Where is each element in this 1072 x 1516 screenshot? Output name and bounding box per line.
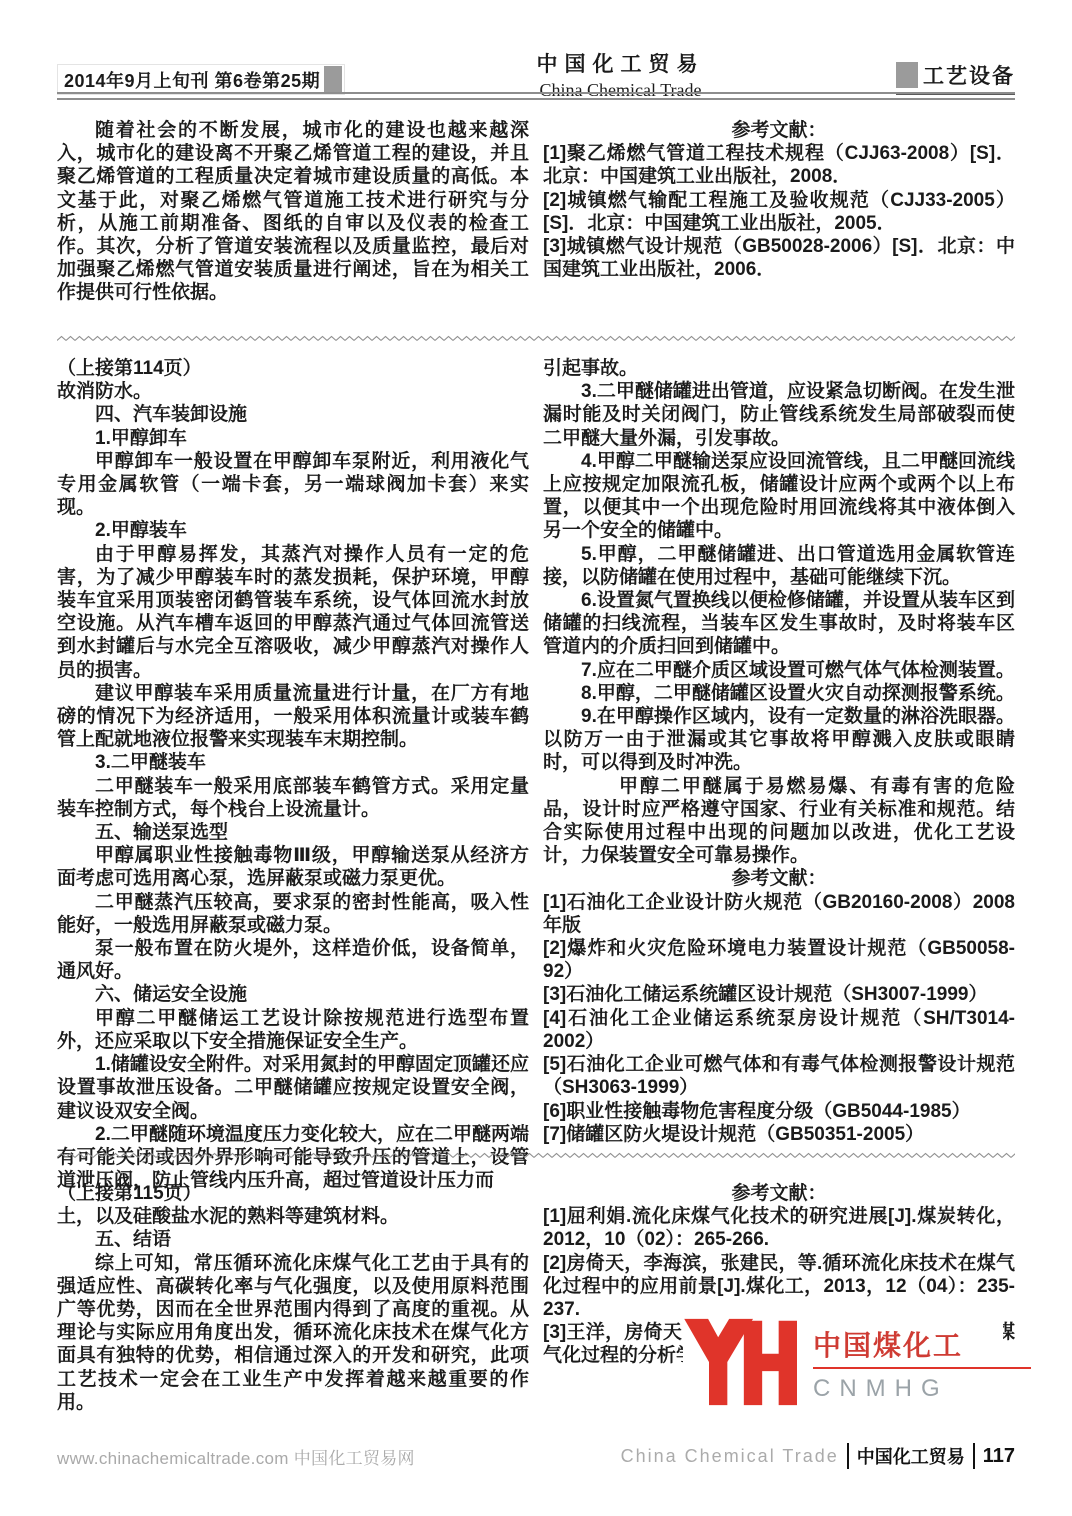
page-header: 2014年9月上旬刊 第6卷第25期 中国化工贸易 China Chemical… [57,42,1015,95]
article-paragraph: 参考文献： [543,1182,1015,1205]
references-list: [1]聚乙烯燃气管道工程技术规程（CJJ63-2008）[S]．北京：中国建筑工… [543,142,1015,281]
article-paragraph: 引起事故。 [543,357,1015,380]
article-paragraph: 甲醇二甲醚属于易燃易爆、有毒有害的危险品，设计时应严格遵守国家、行业有关标准和规… [543,775,1015,868]
article-paragraph: 五、结语 [57,1228,529,1251]
watermark-underline [813,1367,1031,1369]
article-paragraph: 四、汽车装卸设施 [57,403,529,426]
article2-left-column: （上接第114页）故消防水。四、汽车装卸设施1.甲醇卸车甲醇卸车一般设置在甲醇卸… [57,357,529,1192]
section-badge-label: 工艺设备 [923,60,1015,90]
issue-marker-block [324,66,342,93]
article-paragraph: 建议甲醇装车采用质量流量进行计量，在厂方有地磅的情况下为经济适用，一般采用体积流… [57,682,529,752]
article-paragraph: 参考文献： [543,867,1015,890]
article-paragraph: 甲醇属职业性接触毒物Ⅲ级，甲醇输送泵从经济方面考虑可选用离心泵，选屏蔽泵或磁力泵… [57,844,529,890]
article-paragraph: [4]石油化工企业储运系统泵房设计规范（SH/T3014-2002） [543,1007,1015,1053]
article-paragraph: 4.甲醇二甲醚输送泵应设回流管线，且二甲醚回流线上应按规定加限流孔板，储罐设计应… [543,450,1015,543]
article3-left-column: （上接第115页）土，以及硅酸盐水泥的熟料等建筑材料。五、结语综上可知，常压循环… [57,1182,529,1414]
article-paragraph: [1]石油化工企业设计防火规范（GB20160-2008）2008年版 [543,891,1015,937]
article1-abstract-column: 随着社会的不断发展，城市化的建设也越来越深入，城市化的建设离不开聚乙烯管道工程的… [57,119,529,305]
reference-item: [3]城镇燃气设计规范（GB50028-2006）[S]．北京：中国建筑工业出版… [543,235,1015,281]
article-paragraph: 二甲醚蒸汽压较高，要求泵的密封性能高，吸入性能好，一般选用屏蔽泵或磁力泵。 [57,891,529,937]
abstract-paragraph: 随着社会的不断发展，城市化的建设也越来越深入，城市化的建设离不开聚乙烯管道工程的… [57,119,529,305]
page-number: 117 [983,1445,1015,1468]
article-paragraph: 6.设置氮气置换线以便检修储罐，并设置从装车区到储罐的扫线流程，当装车区发生事故… [543,589,1015,659]
issue-info-box: 2014年9月上旬刊 第6卷第25期 [57,64,345,95]
wavy-divider [57,335,1015,343]
footer-site-url: www.chinachemicaltrade.com 中国化工贸易网 [57,1444,415,1469]
article-paragraph: 故消防水。 [57,380,529,403]
article-paragraph: [1]屈利娟.流化床煤气化技术的研究进展[J].煤炭转化，2012，10（02）… [543,1205,1015,1251]
footer-journal-block: China Chemical Trade 中国化工贸易 117 [621,1443,1015,1469]
article-paragraph: 3.二甲醚装车 [57,751,529,774]
article-paragraph: 综上可知，常压循环流化床煤气化工艺由于具有的强适应性、高碳转化率与气化强度，以及… [57,1252,529,1414]
article1-section: 随着社会的不断发展，城市化的建设也越来越深入，城市化的建设离不开聚乙烯管道工程的… [57,119,1015,305]
article-paragraph: [2]爆炸和火灾危险环境电力装置设计规范（GB50058-92） [543,937,1015,983]
issue-info: 2014年9月上旬刊 第6卷第25期 [64,67,320,93]
wavy-divider [57,1152,1015,1160]
article-paragraph: 8.甲醇，二甲醚储罐区设置火灾自动探测报警系统。 [543,682,1015,705]
watermark-text-block: 中国煤化工 CNMHG [813,1318,1031,1403]
header-rule [57,92,1015,100]
article-paragraph: [6]职业性接触毒物危害程度分级（GB5044-1985） [543,1100,1015,1123]
article-paragraph: 1.甲醇卸车 [57,427,529,450]
article-paragraph: [7]储罐区防火堤设计规范（GB50351-2005） [543,1123,1015,1146]
coal-logo-icon [683,1318,801,1406]
references-title: 参考文献： [543,119,1015,142]
watermark: 中国煤化工 CNMHG [683,1318,1003,1412]
article2-section: （上接第114页）故消防水。四、汽车装卸设施1.甲醇卸车甲醇卸车一般设置在甲醇卸… [57,357,1015,1192]
article-paragraph: 5.甲醇，二甲醚储罐进、出口管道选用金属软管连接，以防储罐在使用过程中，基础可能… [543,543,1015,589]
article-paragraph: 二甲醚装车一般采用底部装车鹤管方式。采用定量装车控制方式，每个栈台上设流量计。 [57,775,529,821]
watermark-brand-en: CNMHG [813,1375,1031,1403]
article-paragraph: [2]房倚天，李海滨，张建民，等.循环流化床技术在煤气化过程中的应用前景[J].… [543,1252,1015,1322]
article-paragraph: 六、储运安全设施 [57,983,529,1006]
section-badge: 工艺设备 [896,60,1015,95]
reference-item: [2]城镇燃气输配工程施工及验收规范（CJJ33-2005）[S]．北京：中国建… [543,189,1015,235]
article-paragraph: 9.在甲醇操作区域内，设有一定数量的淋浴洗眼器。以防万一由于泄漏或其它事故将甲醇… [543,705,1015,775]
page-footer: www.chinachemicaltrade.com 中国化工贸易网 China… [57,1443,1015,1469]
reference-item: [1]聚乙烯燃气管道工程技术规程（CJJ63-2008）[S]．北京：中国建筑工… [543,142,1015,188]
article-paragraph: （上接第115页） [57,1182,529,1205]
article-paragraph: 3.二甲醚储罐进出管道，应设紧急切断阀。在发生泄漏时能及时关闭阀门，防止管线系统… [543,380,1015,450]
journal-title-cn: 中国化工贸易 [537,48,705,78]
watermark-brand-cn: 中国煤化工 [813,1324,1031,1364]
article-paragraph: 五、输送泵选型 [57,821,529,844]
article-paragraph: 7.应在二甲醚介质区域设置可燃气体气体检测装置。 [543,659,1015,682]
article-paragraph: 甲醇二甲醚储运工艺设计除按规范进行选型布置外，还应采取以下安全措施保证安全生产。 [57,1007,529,1053]
article-paragraph: 1.储罐设安全附件。对采用氮封的甲醇固定顶罐还应设置事故泄压设备。二甲醚储罐应按… [57,1053,529,1123]
footer-journal-en: China Chemical Trade [621,1446,839,1467]
article-paragraph: （上接第114页） [57,357,529,380]
article-paragraph: [5]石油化工企业可燃气体和有毒气体检测报警设计规范（SH3063-1999） [543,1053,1015,1099]
section-marker-block [896,62,918,88]
article-paragraph: 泵一般布置在防火堤外，这样造价低，设备简单，通风好。 [57,937,529,983]
article1-references-column: 参考文献： [1]聚乙烯燃气管道工程技术规程（CJJ63-2008）[S]．北京… [543,119,1015,305]
article-paragraph: 甲醇卸车一般设置在甲醇卸车泵附近，利用液化气专用金属软管（一端卡套，另一端球阀加… [57,450,529,520]
article-paragraph: 土，以及硅酸盐水泥的熟料等建筑材料。 [57,1205,529,1228]
footer-journal-cn: 中国化工贸易 [847,1443,975,1469]
article2-right-column: 引起事故。3.二甲醚储罐进出管道，应设紧急切断阀。在发生泄漏时能及时关闭阀门，防… [543,357,1015,1192]
article-paragraph: [3]石油化工储运系统罐区设计规范（SH3007-1999） [543,983,1015,1006]
article-paragraph: 由于甲醇易挥发，其蒸汽对操作人员有一定的危害，为了减少甲醇装车时的蒸发损耗，保护… [57,543,529,682]
article-paragraph: 2.甲醇装车 [57,519,529,542]
